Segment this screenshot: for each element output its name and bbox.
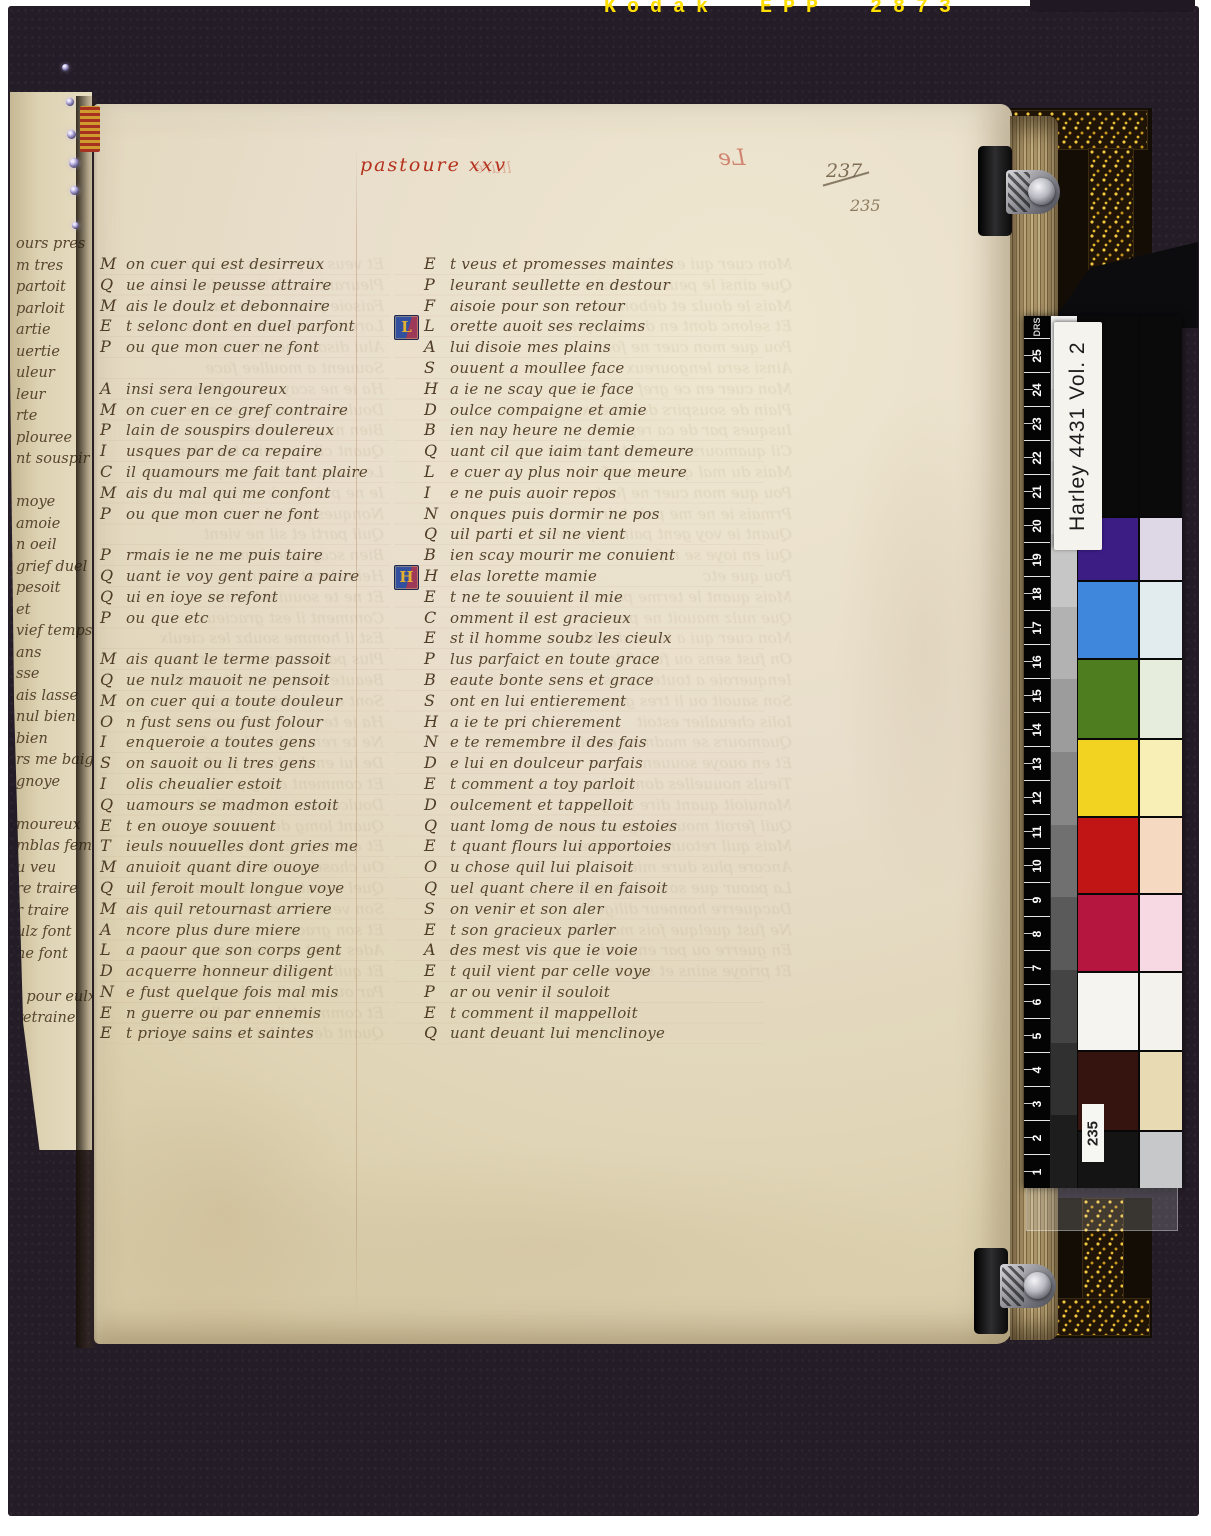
- line-text: ncore plus dure miere: [126, 921, 301, 939]
- pin-dot: [72, 222, 79, 229]
- ruler-number-text: 15: [1030, 689, 1044, 702]
- felt-overlap: [1030, 0, 1195, 12]
- verse-line: Et comment il mappelloit: [394, 1003, 764, 1024]
- line-text: ou que mon cuer ne font: [126, 338, 319, 356]
- line-text: uamours se madmon estoit: [126, 796, 339, 814]
- line-text: n guerre ou par ennemis: [126, 1004, 321, 1022]
- line-initial: E: [424, 254, 450, 275]
- line-text: oulcement et tappelloit: [450, 796, 633, 814]
- verse-line: Doulce compaigne et amie: [394, 400, 764, 421]
- line-initial: Q: [424, 878, 450, 899]
- verse-line: Mais le doulz et debonnaire: [100, 296, 390, 317]
- line-text: ouuent a moullee face: [450, 359, 625, 377]
- verse-line: Plain de souspirs doulereux: [100, 420, 390, 441]
- verse-line: Prmais ie ne me puis taire: [100, 545, 390, 566]
- line-text: t quil vient par celle voye: [450, 962, 651, 980]
- ruler-number: 14: [1024, 712, 1050, 746]
- line-initial: S: [100, 753, 126, 774]
- pin-dot: [70, 186, 79, 195]
- line-text: on venir et son aler: [450, 900, 604, 918]
- ruler-number: 25: [1024, 338, 1050, 372]
- line-text: ien nay heure ne demie: [450, 421, 635, 439]
- line-text: lain de souspirs doulereux: [126, 421, 334, 439]
- line-initial: A: [424, 337, 450, 358]
- showthrough-rubric: liure: [474, 158, 512, 177]
- line-text: oulce compaigne et amie: [450, 401, 647, 419]
- line-initial: M: [100, 400, 126, 421]
- color-patch-black-top: [1140, 316, 1182, 516]
- line-text: t selonc dont en duel parfont: [126, 317, 355, 335]
- line-text: e fust quelque fois mal mis: [126, 983, 339, 1001]
- line-initial: E: [424, 1003, 450, 1024]
- line-initial: C: [100, 462, 126, 483]
- verse-line: Iusques par de ca repaire: [100, 441, 390, 462]
- line-text: a ie ne scay que ie face: [450, 380, 634, 398]
- ruler-number: 18: [1024, 576, 1050, 610]
- ruler-clear-tail: [1026, 1188, 1178, 1231]
- color-calibration-bar: DRS2524232221201918171615141312111098765…: [1024, 316, 1182, 1188]
- verse-line: Dacquerre honneur diligent: [100, 961, 390, 982]
- verse-line: Et comment a toy parloit: [394, 774, 764, 795]
- color-patch-green: [1078, 660, 1138, 738]
- line-initial: Q: [100, 670, 126, 691]
- verse-line: Bien nay heure ne demie: [394, 420, 764, 441]
- verse-line: Bien scay mourir me conuient: [394, 545, 764, 566]
- ruler-number-text: 1: [1030, 1168, 1044, 1175]
- verse-line: Quant ie voy gent paire a paire: [100, 566, 390, 587]
- ruler-number-text: 21: [1030, 485, 1044, 498]
- verse-line: Qui en ioye se refont: [100, 587, 390, 608]
- line-initial: P: [424, 275, 450, 296]
- verse-line: Sont en lui entierement: [394, 691, 764, 712]
- verse-line: Mon cuer en ce gref contraire: [100, 400, 390, 421]
- line-initial: M: [100, 483, 126, 504]
- line-text: olis cheualier estoit: [126, 775, 282, 793]
- verse-line: LLorette auoit ses reclaims: [394, 316, 764, 337]
- verse-line: Manuioit quant dire ouoye: [100, 857, 390, 878]
- pin-dot: [67, 130, 76, 139]
- line-text: onques puis dormir ne pos: [450, 505, 660, 523]
- ruler-number: 5: [1024, 1018, 1050, 1052]
- ruler-number-text: 2: [1030, 1134, 1044, 1141]
- verse-line: Pou que mon cuer ne font: [100, 337, 390, 358]
- ruler-number-text: 14: [1030, 723, 1044, 736]
- verse-line: Ha ie ne scay que ie face: [394, 379, 764, 400]
- ruler-number: 6: [1024, 984, 1050, 1018]
- line-text: uel quant chere il en faisoit: [450, 879, 668, 897]
- verse-line: Par ou venir il souloit: [394, 982, 764, 1003]
- line-text: t comment a toy parloit: [450, 775, 635, 793]
- manuscript-page: pastoure xxv Le liure 237 235 Et veus et…: [94, 104, 1012, 1344]
- ruler-number: 16: [1024, 644, 1050, 678]
- verse-line: Ades mest vis que ie voie: [394, 940, 764, 961]
- ruler-number-text: 7: [1030, 964, 1044, 971]
- color-patch-tint-yellow: [1140, 740, 1182, 817]
- verse-line: Son venir et son aler: [394, 899, 764, 920]
- verse-line: Iolis cheualier estoit: [100, 774, 390, 795]
- line-initial: B: [424, 420, 450, 441]
- ruler-number-text: 9: [1030, 896, 1044, 903]
- pin-dot: [66, 98, 74, 106]
- line-text: ais du mal qui me confont: [126, 484, 331, 502]
- ruler-number-text: 3: [1030, 1100, 1044, 1107]
- ruler-number-text: 19: [1030, 553, 1044, 566]
- line-text: t comment il mappelloit: [450, 1004, 638, 1022]
- ruler-number-text: 25: [1030, 349, 1044, 362]
- line-text: lui disoie mes plains: [450, 338, 611, 356]
- verse-line: Mon cuer qui a toute douleur: [100, 691, 390, 712]
- verse-line: Quil parti et sil ne vient: [394, 524, 764, 545]
- verse-line: Est il homme soubz les cieulx: [394, 628, 764, 649]
- line-text: e lui en doulceur parfais: [450, 754, 643, 772]
- line-initial: A: [100, 379, 126, 400]
- line-text: ien scay mourir me conuient: [450, 546, 675, 564]
- line-text: t veus et promesses maintes: [450, 255, 674, 273]
- line-text: rmais ie ne me puis taire: [126, 546, 323, 564]
- line-initial: I: [100, 774, 126, 795]
- shelfmark-label: Harley 4431 Vol. 2: [1054, 322, 1102, 550]
- line-text: des mest vis que ie voie: [450, 941, 638, 959]
- line-initial: O: [424, 857, 450, 878]
- line-initial: S: [424, 358, 450, 379]
- line-initial: P: [100, 545, 126, 566]
- line-initial: N: [424, 504, 450, 525]
- ruler-top-label: DRS: [1024, 316, 1050, 338]
- color-patch-tint-blue: [1140, 582, 1182, 658]
- line-initial: S: [424, 691, 450, 712]
- ruler-number: 13: [1024, 746, 1050, 780]
- line-text: ue ainsi le peusse attraire: [126, 276, 332, 294]
- line-text: ont en lui entierement: [450, 692, 627, 710]
- verse-line: HHelas lorette mamie: [394, 566, 764, 587]
- line-initial: P: [100, 608, 126, 629]
- ruler-number-text: 11: [1030, 825, 1044, 838]
- line-text: usques par de ca repaire: [126, 442, 322, 460]
- line-initial: Q: [424, 1023, 450, 1044]
- grayscale-step: [1051, 970, 1077, 1043]
- line-text: il quamours me fait tant plaire: [126, 463, 368, 481]
- line-initial: D: [424, 400, 450, 421]
- line-text: acquerre honneur diligent: [126, 962, 334, 980]
- verse-line: Alui disoie mes plains: [394, 337, 764, 358]
- ruler-number: 20: [1024, 508, 1050, 542]
- line-initial: P: [424, 982, 450, 1003]
- folio-sticker: 235: [1082, 1104, 1104, 1162]
- line-text: eaute bonte sens et grace: [450, 671, 654, 689]
- line-text: ais quil retournast arriere: [126, 900, 332, 918]
- verse-line: Beaute bonte sens et grace: [394, 670, 764, 691]
- line-initial: E: [100, 816, 126, 837]
- verse-line: Ne fust quelque fois mal mis: [100, 982, 390, 1003]
- color-patch-blue: [1078, 582, 1138, 658]
- verse-line: Souuent a moullee face: [394, 358, 764, 379]
- line-initial: Q: [424, 441, 450, 462]
- film-strip-label: Kodak EPP 2873: [604, 0, 962, 19]
- gutter-shadow: [76, 96, 98, 1348]
- line-initial: C: [424, 608, 450, 629]
- color-patch-tint-green: [1140, 660, 1182, 738]
- line-initial: Q: [100, 795, 126, 816]
- verse-line: En guerre ou par ennemis: [100, 1003, 390, 1024]
- verse-line: Quel quant chere il en faisoit: [394, 878, 764, 899]
- color-patch-tint-violet: [1140, 518, 1182, 580]
- line-initial: F: [424, 296, 450, 317]
- grayscale-step: [1051, 897, 1077, 970]
- line-initial: H: [424, 379, 450, 400]
- decorated-page-edge: [80, 106, 100, 152]
- verse-line: Et ne te souuient il mie: [394, 587, 764, 608]
- ruler-number: 22: [1024, 440, 1050, 474]
- stanza-gap: [100, 628, 390, 649]
- verse-line: Quamours se madmon estoit: [100, 795, 390, 816]
- line-initial: N: [100, 982, 126, 1003]
- line-text: on cuer qui est desirreux: [126, 255, 324, 273]
- line-initial: B: [424, 670, 450, 691]
- line-initial: I: [100, 732, 126, 753]
- line-text: uant cil que iaim tant demeure: [450, 442, 694, 460]
- ruler-number-text: 8: [1030, 930, 1044, 937]
- folio-number-new: 235: [850, 196, 881, 215]
- line-initial: P: [100, 420, 126, 441]
- verse-line: Nonques puis dormir ne pos: [394, 504, 764, 525]
- verse-line: Quant lomg de nous tu estoies: [394, 816, 764, 837]
- grayscale-step: [1051, 1043, 1077, 1116]
- ruler-number: 3: [1024, 1086, 1050, 1120]
- ruler-number-text: 18: [1030, 587, 1044, 600]
- line-text: a paour que son corps gent: [126, 941, 342, 959]
- verse-line: Et prioye sains et saintes: [100, 1023, 390, 1044]
- color-patch-tint-white: [1140, 973, 1182, 1050]
- ruler-number-text: 20: [1030, 519, 1044, 532]
- ruler-number-text: 5: [1030, 1032, 1044, 1039]
- line-text: ais quant le terme passoit: [126, 650, 331, 668]
- line-initial: L: [424, 316, 450, 337]
- line-text: u chose quil lui plaisoit: [450, 858, 634, 876]
- line-text: uant lomg de nous tu estoies: [450, 817, 677, 835]
- line-text: ar ou venir il souloit: [450, 983, 610, 1001]
- color-patch-yellow: [1078, 740, 1138, 817]
- line-initial: E: [424, 920, 450, 941]
- line-text: on sauoit ou li tres gens: [126, 754, 316, 772]
- verse-line: Et quil vient par celle voye: [394, 961, 764, 982]
- color-patch-white: [1078, 973, 1138, 1050]
- line-initial: E: [424, 836, 450, 857]
- ruler-number: 2: [1024, 1120, 1050, 1154]
- verse-column-left: Mon cuer qui est desirreuxQue ainsi le p…: [100, 254, 390, 1044]
- showthrough-rubric: Le: [718, 146, 746, 171]
- verse-line: Et quant flours lui apportoies: [394, 836, 764, 857]
- verse-line: Mais quil retournast arriere: [100, 899, 390, 920]
- line-text: ieuls nouuelles dont gries me: [126, 837, 358, 855]
- line-initial: D: [100, 961, 126, 982]
- line-initial: Q: [100, 275, 126, 296]
- grayscale-step: [1051, 607, 1077, 680]
- line-initial: M: [100, 296, 126, 317]
- ruler-number-text: 23: [1030, 417, 1044, 430]
- line-initial: H: [424, 566, 450, 587]
- pin-dot: [69, 158, 79, 168]
- color-patch-tint-maroon: [1140, 1052, 1182, 1130]
- color-patch-column-tint: [1140, 316, 1182, 1188]
- verse-line: Quant cil que iaim tant demeure: [394, 441, 764, 462]
- ruler-number: 8: [1024, 916, 1050, 950]
- line-text: omment il est gracieux: [450, 609, 631, 627]
- line-text: on cuer qui a toute douleur: [126, 692, 342, 710]
- verse-line: Son sauoit ou li tres gens: [100, 753, 390, 774]
- line-text: n fust sens ou fust folour: [126, 713, 323, 731]
- line-initial: N: [424, 732, 450, 753]
- line-initial: P: [100, 337, 126, 358]
- pin-dot: [62, 64, 69, 71]
- verse-line: Ha ie te pri chierement: [394, 712, 764, 733]
- verse-line: Quant deuant lui menclinoye: [394, 1023, 764, 1044]
- line-text: ou que mon cuer ne font: [126, 505, 319, 523]
- ruler-number: 15: [1024, 678, 1050, 712]
- line-text: uant deuant lui menclinoye: [450, 1024, 665, 1042]
- line-initial: I: [424, 483, 450, 504]
- line-text: t quant flours lui apportoies: [450, 837, 672, 855]
- line-initial: E: [424, 774, 450, 795]
- line-initial: L: [100, 940, 126, 961]
- ruler-strip: DRS2524232221201918171615141312111098765…: [1024, 316, 1051, 1188]
- ruler-number: 23: [1024, 406, 1050, 440]
- verse-line: Ainsi sera lengoureux: [100, 379, 390, 400]
- line-text: elas lorette mamie: [450, 567, 597, 585]
- line-initial: L: [424, 462, 450, 483]
- verse-line: Ancore plus dure miere: [100, 920, 390, 941]
- line-initial: P: [424, 649, 450, 670]
- color-patch-tint-black: [1140, 1132, 1182, 1188]
- ruler-number: 11: [1024, 814, 1050, 848]
- line-initial: H: [424, 712, 450, 733]
- ruler-number-text: 24: [1030, 383, 1044, 396]
- grayscale-step: [1051, 825, 1077, 898]
- line-text: ue nulz mauoit ne pensoit: [126, 671, 330, 689]
- verse-line: Que nulz mauoit ne pensoit: [100, 670, 390, 691]
- verse-line: Plus parfaict en toute grace: [394, 649, 764, 670]
- verse-line: Mais quant le terme passoit: [100, 649, 390, 670]
- line-initial: E: [100, 1003, 126, 1024]
- line-initial: I: [100, 441, 126, 462]
- line-initial: M: [100, 691, 126, 712]
- ruler-number-text: 6: [1030, 998, 1044, 1005]
- line-initial: A: [100, 920, 126, 941]
- ruler-number: 17: [1024, 610, 1050, 644]
- line-text: uil parti et sil ne vient: [450, 525, 626, 543]
- verse-line: Doulcement et tappelloit: [394, 795, 764, 816]
- verse-line: Et en ouoye souuent: [100, 816, 390, 837]
- line-initial: P: [100, 504, 126, 525]
- line-initial: Q: [100, 566, 126, 587]
- ruler-number: 21: [1024, 474, 1050, 508]
- color-patch-red: [1078, 818, 1138, 893]
- line-text: uil feroit moult longue voye: [126, 879, 344, 897]
- verse-line: Comment il est gracieux: [394, 608, 764, 629]
- parchment-stain: [174, 1144, 934, 1344]
- verse-line: Le cuer ay plus noir que meure: [394, 462, 764, 483]
- line-text: enqueroie a toutes gens: [126, 733, 316, 751]
- line-text: e cuer ay plus noir que meure: [450, 463, 687, 481]
- line-initial: Q: [100, 587, 126, 608]
- stanza-gap: [100, 524, 390, 545]
- clamp-stud-top: [1006, 170, 1060, 214]
- ruler-number: 9: [1024, 882, 1050, 916]
- line-text: t prioye sains et saintes: [126, 1024, 314, 1042]
- verse-line: Pleurant seullette en destour: [394, 275, 764, 296]
- line-text: a ie te pri chierement: [450, 713, 621, 731]
- verse-line: Que ainsi le peusse attraire: [100, 275, 390, 296]
- line-text: e te remembre il des fais: [450, 733, 647, 751]
- color-patch-tint-red: [1140, 818, 1182, 893]
- line-initial: Q: [424, 816, 450, 837]
- verse-line: Ne te remembre il des fais: [394, 732, 764, 753]
- line-initial: E: [424, 961, 450, 982]
- verse-line: Pou que mon cuer ne font: [100, 504, 390, 525]
- ruler-number: 7: [1024, 950, 1050, 984]
- line-initial: M: [100, 857, 126, 878]
- line-initial: O: [100, 712, 126, 733]
- line-initial: E: [100, 316, 126, 337]
- line-text: aisoie pour son retour: [450, 297, 625, 315]
- verse-line: Quil feroit moult longue voye: [100, 878, 390, 899]
- ruler-top-text: DRS: [1032, 317, 1042, 336]
- ruler-number: 19: [1024, 542, 1050, 576]
- color-patch-tint-crimson: [1140, 895, 1182, 971]
- line-initial: Q: [424, 524, 450, 545]
- line-text: t ne te souuient il mie: [450, 588, 623, 606]
- verse-line: Ie ne puis auoir repos: [394, 483, 764, 504]
- parchment-stain: [94, 1064, 354, 1344]
- verse-line: Cil quamours me fait tant plaire: [100, 462, 390, 483]
- line-initial: E: [100, 1023, 126, 1044]
- grayscale-step: [1051, 679, 1077, 752]
- ruler-number: 10: [1024, 848, 1050, 882]
- verse-line: Et selonc dont en duel parfont: [100, 316, 390, 337]
- ruler-number-text: 12: [1030, 791, 1044, 804]
- verse-line: De lui en doulceur parfais: [394, 753, 764, 774]
- line-text: ou que etc: [126, 609, 209, 627]
- line-text: t son gracieux parler: [450, 921, 616, 939]
- ruler-number-text: 17: [1030, 621, 1044, 634]
- stanza-gap: [100, 358, 390, 379]
- line-text: ais le doulz et debonnaire: [126, 297, 330, 315]
- line-text: lus parfaict en toute grace: [450, 650, 660, 668]
- line-initial: E: [424, 587, 450, 608]
- verse-line: On fust sens ou fust folour: [100, 712, 390, 733]
- line-initial: M: [100, 899, 126, 920]
- line-text: on cuer en ce gref contraire: [126, 401, 348, 419]
- line-initial: D: [424, 795, 450, 816]
- line-initial: A: [424, 940, 450, 961]
- grayscale-step: [1051, 1115, 1077, 1188]
- ruler-number: 12: [1024, 780, 1050, 814]
- verse-line: Pou que etc: [100, 608, 390, 629]
- verse-line: Mon cuer qui est desirreux: [100, 254, 390, 275]
- verse-line: Faisoie pour son retour: [394, 296, 764, 317]
- verse-column-right: Et veus et promesses maintesPleurant seu…: [394, 254, 764, 1044]
- verse-line: Et veus et promesses maintes: [394, 254, 764, 275]
- clamp-stud-bottom: [1000, 1264, 1056, 1308]
- line-initial: M: [100, 649, 126, 670]
- grayscale-step: [1051, 752, 1077, 825]
- line-text: insi sera lengoureux: [126, 380, 287, 398]
- line-text: st il homme soubz les cieulx: [450, 629, 672, 647]
- color-patch-crimson: [1078, 895, 1138, 971]
- line-text: uant ie voy gent paire a paire: [126, 567, 359, 585]
- ruler-number: 24: [1024, 372, 1050, 406]
- line-text: anuioit quant dire ouoye: [126, 858, 320, 876]
- parchment-stain: [834, 384, 1014, 904]
